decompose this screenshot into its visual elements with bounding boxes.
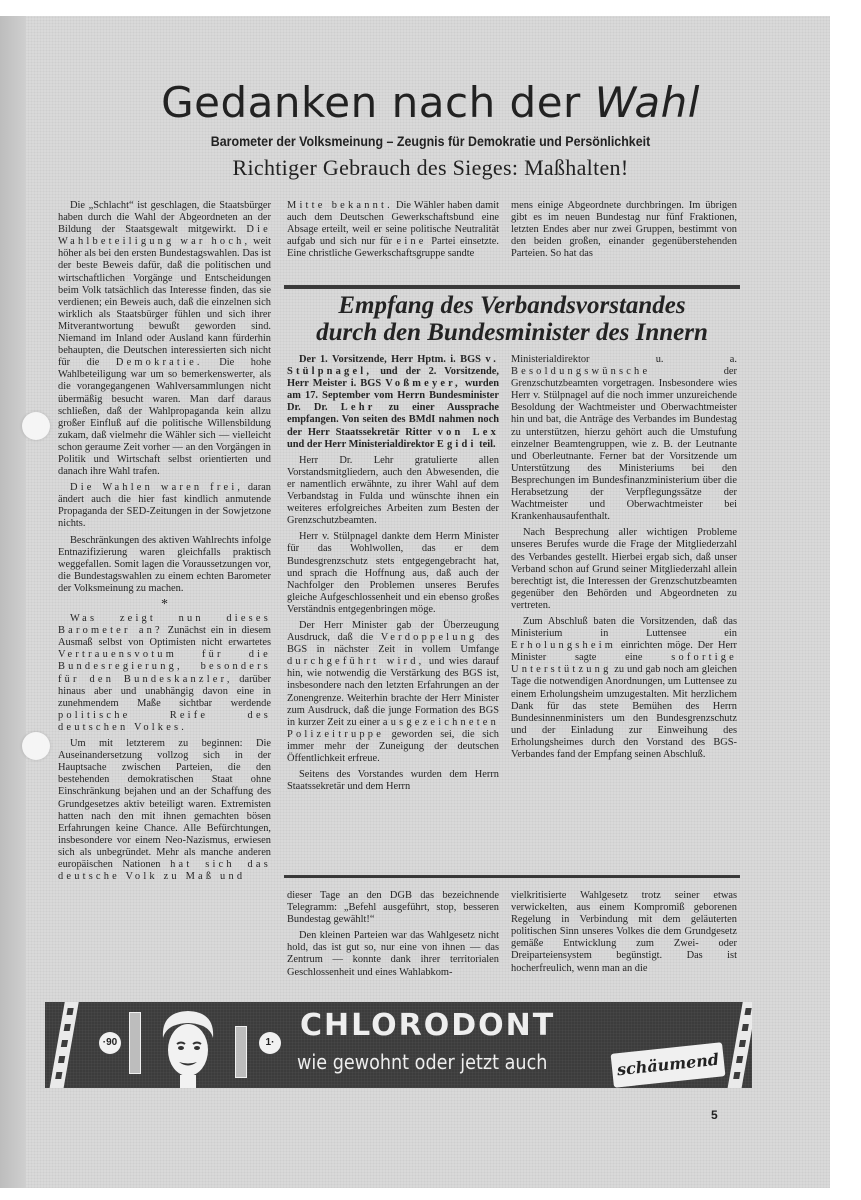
paragraph: Seitens des Vorstandes wurden dem Herrn … xyxy=(287,769,499,793)
paragraph: mens einige Abgeordnete durchbringen. Im… xyxy=(511,200,737,260)
text: Zum Abschluß baten die Vorsitzenden, daß… xyxy=(511,616,737,639)
paragraph: Beschränkungen des aktiven Wahlrechts in… xyxy=(58,535,271,595)
film-strip-left-icon xyxy=(48,1002,80,1088)
page-left-margin xyxy=(0,16,26,1188)
page-subhead: Richtiger Gebrauch des Sieges: Maßhalten… xyxy=(0,155,861,181)
main-article-column-2-bottom: dieser Tage an den DGB das bezeichnende … xyxy=(287,890,499,983)
headline-line-1: Empfang des Verbandsvorstandes xyxy=(286,292,738,319)
spaced-text: Demokratie. xyxy=(116,357,203,368)
page-subtitle: Barometer der Volksmeinung – Zeugnis für… xyxy=(34,134,826,149)
page-title: Gedanken nach der Wahl xyxy=(0,78,861,127)
spaced-text: durchgeführt wird, xyxy=(287,656,424,667)
paragraph: Um mit letzterem zu beginnen: Die Ausein… xyxy=(58,738,271,883)
text: der Grenzschutzbeamten vorgetragen. Insb… xyxy=(511,366,737,522)
boxed-article-column-left: Der 1. Vorsitzende, Herr Hptm. i. BGS v.… xyxy=(287,354,499,797)
paragraph: dieser Tage an den DGB das bezeichnende … xyxy=(287,890,499,926)
paragraph: Was zeigt nun dieses Barometer an? Zunäc… xyxy=(58,613,271,734)
spaced-text: Die Wahlen waren frei, xyxy=(70,482,243,493)
spaced-text: Egidi xyxy=(437,439,477,450)
text: Die „Schlacht“ ist geschlagen, die Staat… xyxy=(58,200,271,235)
toothpaste-tube-right-icon xyxy=(235,1026,247,1078)
main-article-column-3-top: mens einige Abgeordnete durchbringen. Im… xyxy=(511,200,737,264)
paragraph: vielkritisierte Wahlgesetz trotz seiner … xyxy=(511,890,737,975)
ad-brand-name: CHLORODONT xyxy=(300,1008,555,1043)
punch-hole-top xyxy=(22,412,50,440)
paragraph: Herr v. Stülpnagel dankte dem Herrn Mini… xyxy=(287,531,499,616)
spaced-text: Verdoppelung xyxy=(381,632,478,643)
paragraph: Mitte bekannt. Die Wähler haben damit au… xyxy=(287,200,499,260)
paragraph: Die Wahlen waren frei, daran ändert auch… xyxy=(58,482,271,530)
lead-paragraph: Der 1. Vorsitzende, Herr Hptm. i. BGS v.… xyxy=(287,354,499,451)
paragraph: Der Herr Minister gab der Überzeugung Au… xyxy=(287,620,499,765)
price-badge-right: 1· xyxy=(259,1032,281,1054)
price-badge-left: ·90 xyxy=(99,1032,121,1054)
box-bottom-rule xyxy=(284,875,740,878)
boxed-article-column-right: Ministerialdirektor u. a. Besoldungswüns… xyxy=(511,354,737,765)
text: Um mit letzterem zu beginnen: Die Ausein… xyxy=(58,738,271,870)
spaced-text: politische Reife des deutschen Volkes. xyxy=(58,710,271,733)
woman-portrait-icon xyxy=(155,1008,221,1088)
main-article-column-3-bottom: vielkritisierte Wahlgesetz trotz seiner … xyxy=(511,890,737,979)
text: Die hohe Wahlbeteiligung war um so bemer… xyxy=(58,357,271,477)
film-strip-right-icon xyxy=(726,1002,752,1088)
main-article-column-1: Die „Schlacht“ ist geschlagen, die Staat… xyxy=(58,200,271,887)
paragraph: Die „Schlacht“ ist geschlagen, die Staat… xyxy=(58,200,271,478)
text: teil. xyxy=(477,439,496,450)
text: zu und gab noch am gleichen Tage die not… xyxy=(511,664,737,760)
text: Der 1. Vorsitzende, Herr Hptm. i. BGS xyxy=(299,354,485,365)
paragraph: Nach Besprechung aller wichtigen Problem… xyxy=(511,527,737,612)
section-separator: * xyxy=(58,599,271,611)
title-italic-text: Wahl xyxy=(595,78,700,127)
spaced-text: eine xyxy=(397,236,427,247)
spaced-text: Mitte bekannt. xyxy=(287,200,393,211)
main-article-column-2-top: Mitte bekannt. Die Wähler haben damit au… xyxy=(287,200,499,264)
spaced-text: Lehr xyxy=(341,402,376,413)
spaced-text: Voßmeyer, xyxy=(385,378,461,389)
paragraph: Herr Dr. Lehr gratulierte allen Vorstand… xyxy=(287,455,499,528)
punch-hole-bottom xyxy=(22,732,50,760)
text: und der Herr Ministerialdirektor xyxy=(287,439,437,450)
text: Ministerialdirektor u. a. xyxy=(511,354,737,365)
spaced-text: Erholungsheim xyxy=(511,640,616,651)
spaced-text: von Lex xyxy=(438,427,499,438)
page-number: 5 xyxy=(711,1108,718,1122)
text: weit höher als bei den ersten Bundestags… xyxy=(58,236,271,368)
headline-line-2: durch den Bundesminister des Innern xyxy=(286,319,738,346)
boxed-article-headline: Empfang des Verbandsvorstandes durch den… xyxy=(286,292,738,346)
ad-slogan: wie gewohnt oder jetzt auch xyxy=(297,1050,547,1074)
paragraph: Zum Abschluß baten die Vorsitzenden, daß… xyxy=(511,616,737,761)
toothpaste-tube-left-icon xyxy=(129,1012,141,1074)
paragraph: Den kleinen Parteien war das Wahlgesetz … xyxy=(287,930,499,978)
title-text: Gedanken nach der xyxy=(161,78,595,127)
spaced-text: Besoldungswünsche xyxy=(511,366,650,377)
chlorodont-advertisement: ·90 1· CHLORODONT wie gewohnt oder jetzt… xyxy=(45,1002,752,1088)
ad-badge: schäumend xyxy=(611,1042,726,1088)
box-top-rule xyxy=(284,285,740,289)
paragraph: Ministerialdirektor u. a. Besoldungswüns… xyxy=(511,354,737,523)
